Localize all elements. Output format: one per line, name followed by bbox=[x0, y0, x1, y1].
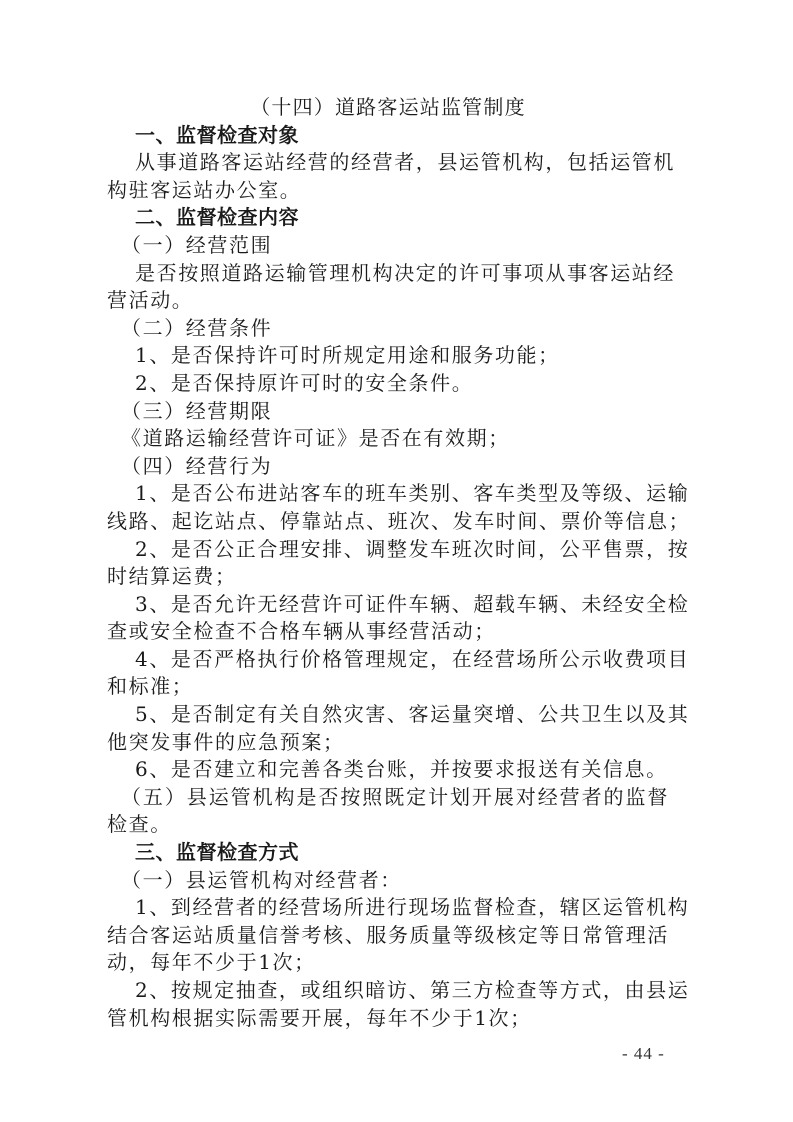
paragraph-line: 他突发事件的应急预案； bbox=[107, 729, 669, 757]
paragraph-line: 是否按照道路运输管理机构决定的许可事项从事客运站经 bbox=[107, 260, 669, 288]
paragraph-line: 查或安全检查不合格车辆从事经营活动； bbox=[107, 618, 669, 646]
paragraph-line: 构驻客运站办公室。 bbox=[107, 177, 669, 205]
paragraph-line: 2、是否公正合理安排、调整发车班次时间，公平售票，按 bbox=[107, 536, 669, 564]
section-heading: 一、监督检查对象 bbox=[107, 122, 669, 150]
section-heading: 三、监督检查方式 bbox=[107, 839, 669, 867]
page-number: - 44 - bbox=[622, 1044, 665, 1064]
section-heading: 二、监督检查内容 bbox=[107, 204, 669, 232]
paragraph-line: 线路、起讫站点、停靠站点、班次、发车时间、票价等信息； bbox=[107, 508, 669, 536]
document-body: 一、监督检查对象从事道路客运站经营的经营者，县运管机构，包括运管机构驻客运站办公… bbox=[107, 122, 669, 1033]
subsection-heading: （四）经营行为 bbox=[107, 453, 669, 481]
paragraph-line: 6、是否建立和完善各类台账，并按要求报送有关信息。 bbox=[107, 756, 669, 784]
paragraph-line: 2、是否保持原许可时的安全条件。 bbox=[107, 370, 669, 398]
paragraph-line: 3、是否允许无经营许可证件车辆、超载车辆、未经安全检 bbox=[107, 591, 669, 619]
paragraph-line: 1、到经营者的经营场所进行现场监督检查，辖区运管机构 bbox=[107, 894, 669, 922]
subsection-heading: （三）经营期限 bbox=[107, 398, 669, 426]
subsection-heading: （一）经营范围 bbox=[107, 232, 669, 260]
subsection-heading: （一）县运管机构对经营者： bbox=[107, 867, 669, 895]
paragraph-line: 动，每年不少于1次； bbox=[107, 949, 669, 977]
paragraph-line: 1、是否公布进站客车的班车类别、客车类型及等级、运输 bbox=[107, 480, 669, 508]
paragraph-line: 4、是否严格执行价格管理规定，在经营场所公示收费项目 bbox=[107, 646, 669, 674]
document-title: （十四）道路客运站监管制度 bbox=[107, 94, 669, 122]
paragraph-line: 时结算运费； bbox=[107, 563, 669, 591]
paragraph-line: （五）县运管机构是否按照既定计划开展对经营者的监督 bbox=[107, 784, 669, 812]
paragraph-line: 结合客运站质量信誉考核、服务质量等级核定等日常管理活 bbox=[107, 922, 669, 950]
subsection-heading: （二）经营条件 bbox=[107, 315, 669, 343]
subsection-heading: 《道路运输经营许可证》是否在有效期； bbox=[107, 425, 669, 453]
paragraph-line: 从事道路客运站经营的经营者，县运管机构，包括运管机 bbox=[107, 149, 669, 177]
paragraph-line: 检查。 bbox=[107, 811, 669, 839]
paragraph-line: 2、按规定抽查，或组织暗访、第三方检查等方式，由县运 bbox=[107, 977, 669, 1005]
document-page: （十四）道路客运站监管制度 一、监督检查对象从事道路客运站经营的经营者，县运管机… bbox=[107, 94, 669, 1032]
paragraph-line: 和标准； bbox=[107, 673, 669, 701]
paragraph-line: 5、是否制定有关自然灾害、客运量突增、公共卫生以及其 bbox=[107, 701, 669, 729]
paragraph-line: 1、是否保持许可时所规定用途和服务功能； bbox=[107, 342, 669, 370]
paragraph-line: 营活动。 bbox=[107, 287, 669, 315]
paragraph-line: 管机构根据实际需要开展，每年不少于1次； bbox=[107, 1005, 669, 1033]
